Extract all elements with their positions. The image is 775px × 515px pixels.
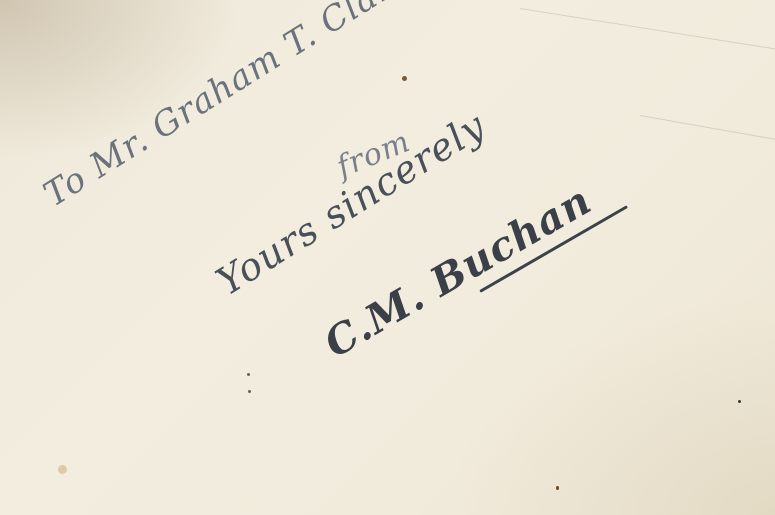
paper-crease: [640, 115, 775, 140]
paper-spot: [556, 486, 559, 490]
paper-spot: [247, 373, 250, 376]
paper-spot: [402, 76, 407, 81]
paper-spot: [58, 465, 67, 474]
paper-spot: [738, 400, 741, 403]
autograph-page: To Mr. Graham T. Clark from Yours sincer…: [0, 0, 775, 515]
paper-spot: [248, 390, 251, 393]
paper-crease: [520, 8, 775, 50]
